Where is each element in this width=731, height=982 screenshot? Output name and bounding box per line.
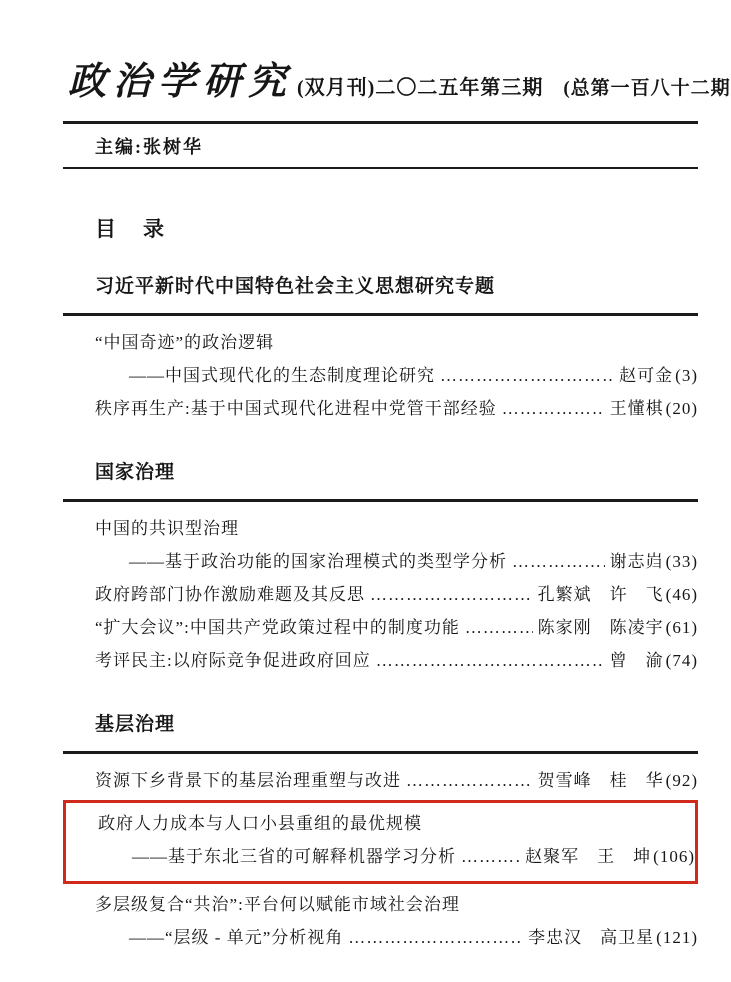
highlighted-entry-box: 政府人力成本与人口小县重组的最优规模 ——基于东北三省的可解释机器学习分析 ……… bbox=[63, 800, 698, 884]
section-entries: “中国奇迹”的政治逻辑 ——中国式现代化的生态制度理论研究 …………………………… bbox=[63, 316, 698, 429]
journal-toc-page: 政治学研究 (双月刊)二〇二五年第三期 (总第一百八十二期) 主编:张树华 目 … bbox=[0, 0, 731, 982]
toc-entry-highlighted: 政府人力成本与人口小县重组的最优规模 bbox=[66, 807, 695, 840]
entry-authors: 孔繁斌 许 飞 bbox=[538, 578, 664, 611]
section-entries: 资源下乡背景下的基层治理重塑与改进 ……………………………… 贺雪峰 桂 华 (… bbox=[63, 754, 698, 958]
dot-leader: ………………………………………… bbox=[348, 921, 523, 954]
entry-page-number: (61) bbox=[666, 611, 698, 644]
journal-title: 政治学研究 bbox=[68, 50, 293, 105]
toc-entry: 中国的共识型治理 bbox=[63, 512, 698, 545]
entry-title: 中国的共识型治理 bbox=[95, 512, 239, 545]
section-heading-special-topic: 习近平新时代中国特色社会主义思想研究专题 bbox=[95, 271, 698, 298]
dot-leader: ………………………………………………… bbox=[376, 644, 605, 677]
toc-entry: “扩大会议”:中国共产党政策过程中的制度功能 ……………………… 陈家刚 陈凌宇… bbox=[63, 611, 698, 644]
toc-entry-highlighted: ——基于东北三省的可解释机器学习分析 ……………… 赵聚军 王 坤 (106) bbox=[66, 840, 695, 873]
entry-page-number: (33) bbox=[666, 545, 698, 578]
entry-page-number: (46) bbox=[666, 578, 698, 611]
toc-entry: ——基于政治功能的国家治理模式的类型学分析 …………………………… 谢志岿 (3… bbox=[63, 545, 698, 578]
toc-entry: “中国奇迹”的政治逻辑 bbox=[63, 326, 698, 359]
section-entries: 中国的共识型治理 ——基于政治功能的国家治理模式的类型学分析 ………………………… bbox=[63, 502, 698, 681]
issue-info: (双月刊)二〇二五年第三期 bbox=[297, 71, 543, 100]
toc-entry: ——“层级 - 单元”分析视角 ………………………………………… 李忠汉 高卫星… bbox=[63, 921, 698, 954]
entry-authors: 陈家刚 陈凌宇 bbox=[538, 611, 664, 644]
entry-page-number: (3) bbox=[675, 359, 698, 392]
horizontal-rule bbox=[63, 167, 698, 169]
dot-leader: …………………………… bbox=[512, 545, 605, 578]
dot-leader: ……………………… bbox=[465, 611, 533, 644]
entry-title: “扩大会议”:中国共产党政策过程中的制度功能 bbox=[95, 611, 460, 644]
toc-title: 目 录 bbox=[95, 213, 698, 243]
dot-leader: ……………………………………… bbox=[370, 578, 533, 611]
entry-page-number: (20) bbox=[666, 392, 698, 425]
entry-title: 资源下乡背景下的基层治理重塑与改进 bbox=[95, 764, 401, 797]
toc-entry: 资源下乡背景下的基层治理重塑与改进 ……………………………… 贺雪峰 桂 华 (… bbox=[63, 764, 698, 797]
toc-entry: 政府跨部门协作激励难题及其反思 ……………………………………… 孔繁斌 许 飞 … bbox=[63, 578, 698, 611]
entry-subtitle: ——中国式现代化的生态制度理论研究 bbox=[129, 359, 435, 392]
entry-title: 政府跨部门协作激励难题及其反思 bbox=[95, 578, 365, 611]
entry-title: 秩序再生产:基于中国式现代化进程中党管干部经验 bbox=[95, 392, 497, 425]
toc-entry: ——中国式现代化的生态制度理论研究 …………………………………………………… 赵… bbox=[63, 359, 698, 392]
entry-authors: 赵可金 bbox=[619, 359, 673, 392]
entry-subtitle: ——基于政治功能的国家治理模式的类型学分析 bbox=[129, 545, 507, 578]
cumulative-issue: (总第一百八十二期) bbox=[563, 73, 731, 100]
entry-page-number: (74) bbox=[666, 644, 698, 677]
section-heading-grassroots-governance: 基层治理 bbox=[95, 709, 698, 736]
entry-authors: 李忠汉 高卫星 bbox=[528, 921, 654, 954]
entry-authors: 谢志岿 bbox=[610, 545, 664, 578]
toc-entry: 多层级复合“共治”:平台何以赋能市域社会治理 bbox=[63, 888, 698, 921]
toc-entry: 考评民主:以府际竞争促进政府回应 ………………………………………………… 曾 渝… bbox=[63, 644, 698, 677]
dot-leader: …………………………………………………… bbox=[440, 359, 614, 392]
entry-authors: 曾 渝 bbox=[610, 644, 664, 677]
entry-title: 政府人力成本与人口小县重组的最优规模 bbox=[98, 807, 422, 840]
entry-title: “中国奇迹”的政治逻辑 bbox=[95, 326, 274, 359]
dot-leader: ……………………………… bbox=[502, 392, 605, 425]
dot-leader: ……………………………… bbox=[406, 764, 533, 797]
entry-page-number: (92) bbox=[666, 764, 698, 797]
entry-subtitle: ——“层级 - 单元”分析视角 bbox=[129, 921, 343, 954]
chief-editor: 主编:张树华 bbox=[63, 124, 698, 167]
entry-title: 考评民主:以府际竞争促进政府回应 bbox=[95, 644, 371, 677]
section-heading-state-governance: 国家治理 bbox=[95, 457, 698, 484]
dot-leader: ……………… bbox=[461, 840, 520, 873]
entry-subtitle: ——基于东北三省的可解释机器学习分析 bbox=[132, 840, 456, 873]
entry-authors: 王懂棋 bbox=[610, 392, 664, 425]
entry-title: 多层级复合“共治”:平台何以赋能市域社会治理 bbox=[95, 888, 460, 921]
entry-authors: 贺雪峰 桂 华 bbox=[538, 764, 664, 797]
masthead: 政治学研究 (双月刊)二〇二五年第三期 (总第一百八十二期) bbox=[63, 0, 698, 105]
entry-page-number: (106) bbox=[653, 840, 695, 873]
entry-authors: 赵聚军 王 坤 bbox=[525, 840, 651, 873]
toc-entry: 秩序再生产:基于中国式现代化进程中党管干部经验 ……………………………… 王懂棋… bbox=[63, 392, 698, 425]
entry-page-number: (121) bbox=[656, 921, 698, 954]
